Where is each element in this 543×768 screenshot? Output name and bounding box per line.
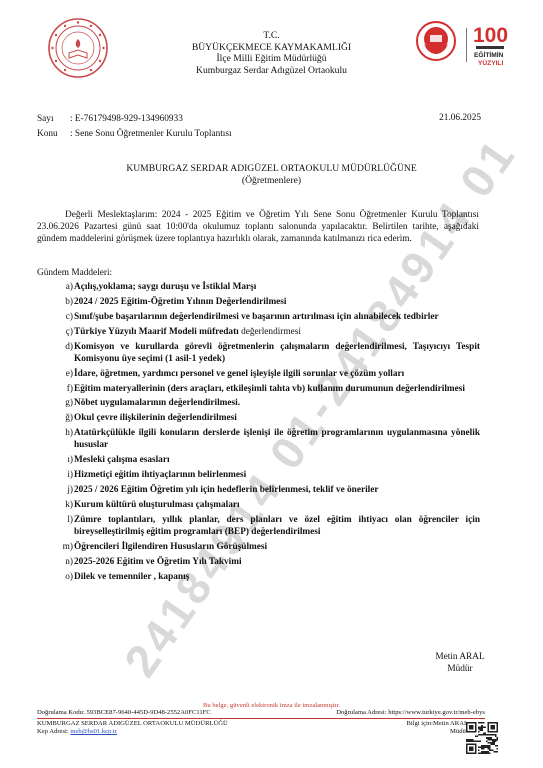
- verification-code: Doğrulama Kodu: 593BCE87-9640-445D-9D48-…: [37, 709, 211, 716]
- family-year-logo-icon: [415, 20, 457, 62]
- agenda-item: f)Eğitim materyallerinin (ders araçları,…: [62, 383, 480, 395]
- logo-divider: [466, 28, 467, 62]
- sayi-value: : E-76179498-929-134960933: [70, 114, 183, 124]
- agenda-item: d)Komisyon ve kurullarda görevli öğretme…: [62, 341, 480, 365]
- agenda-item-letter: h): [65, 427, 73, 439]
- agenda-item: ğ)Okul çevre ilişkilerinin değerlendiril…: [62, 412, 480, 424]
- signer-name: Metin ARAL: [420, 651, 500, 663]
- agenda-item-text: 2024 / 2025 Eğitim-Öğretim Yılının Değer…: [74, 297, 287, 307]
- document-page: 24184914 01-24184914 01 T.C. BÜYÜKÇEKMEC…: [0, 0, 543, 768]
- agenda-item-text: 2025-2026 Eğitim ve Öğretim Yılı Takvimi: [74, 557, 242, 567]
- sayi-row: Sayı: E-76179498-929-134960933: [37, 113, 183, 125]
- agenda-item-letter: ğ): [65, 412, 73, 424]
- agenda-item: k)Kurum kültürü oluşturulması çalışmalar…: [62, 499, 480, 511]
- footer-kep-row: Kep Adresi: meb@hs01.kep.tr: [37, 728, 228, 736]
- agenda-item-text: Atatürkçülükle ilgili konuların derslerd…: [74, 428, 480, 450]
- letterhead: T.C. BÜYÜKÇEKMECE KAYMAKAMLIĞI İlçe Mill…: [0, 30, 543, 76]
- agenda-item-text: Kurum kültürü oluşturulması çalışmaları: [74, 500, 240, 510]
- agenda-item-letter: d): [65, 341, 73, 353]
- agenda-item-text: Mesleki çalışma esasları: [74, 455, 170, 465]
- agenda-item-text: Öğrencileri İlgilendiren Hususların Görü…: [74, 542, 267, 552]
- agenda-item-text: İdare, öğretmen, yardımcı personel ve ge…: [74, 369, 404, 379]
- konu-label: Konu: [37, 128, 70, 140]
- agenda-item-letter: j): [67, 484, 73, 496]
- agenda-item-letter: a): [66, 281, 73, 293]
- agenda-item: n)2025-2026 Eğitim ve Öğretim Yılı Takvi…: [62, 556, 480, 568]
- agenda-item-letter: b): [65, 296, 73, 308]
- addressee: KUMBURGAZ SERDAR ADIGÜZEL ORTAOKULU MÜDÜ…: [0, 163, 543, 187]
- svg-text:YÜZYILI: YÜZYILI: [478, 58, 503, 67]
- kep-email-link[interactable]: meb@hs01.kep.tr: [70, 728, 117, 735]
- konu-row: Konu: Sene Sonu Öğretmenler Kurulu Topla…: [37, 128, 232, 140]
- agenda-item-letter: m): [63, 541, 73, 553]
- agenda-item-text: Dilek ve temenniler , kapanış: [74, 572, 189, 582]
- header-school: Kumburgaz Serdar Adıgüzel Ortaokulu: [0, 65, 543, 77]
- agenda-item-letter: ç): [66, 326, 73, 338]
- agenda-item-letter: o): [65, 571, 73, 583]
- svg-text:EĞİTİMİN: EĞİTİMİN: [474, 50, 504, 59]
- agenda-item: b)2024 / 2025 Eğitim-Öğretim Yılının Değ…: [62, 296, 480, 308]
- body-paragraph: Değerli Meslektaşlarım: 2024 - 2025 Eğit…: [37, 209, 479, 246]
- agenda-item-text: Eğitim materyallerinin (ders araçları, e…: [74, 384, 465, 394]
- qr-code-icon[interactable]: [466, 722, 498, 754]
- agenda-list: a)Açılış,yoklama; saygı duruşu ve İstikl…: [62, 281, 480, 586]
- verification-address: Doğrulama Adresi: https://www.turkiye.go…: [336, 709, 485, 716]
- agenda-item: o)Dilek ve temenniler , kapanış: [62, 571, 480, 583]
- agenda-item: l)Zümre toplantıları, yıllık planlar, de…: [62, 514, 480, 538]
- agenda-item-text: Açılış,yoklama; saygı duruşu ve İstiklal…: [74, 282, 256, 292]
- agenda-item: m)Öğrencileri İlgilendiren Hususların Gö…: [62, 541, 480, 553]
- footer-contact: KUMBURGAZ SERDAR ADIGÜZEL ORTAOKULU MÜDÜ…: [37, 720, 228, 736]
- agenda-item: a)Açılış,yoklama; saygı duruşu ve İstikl…: [62, 281, 480, 293]
- info-title: Müdür: [406, 728, 468, 736]
- footer-school-name: KUMBURGAZ SERDAR ADIGÜZEL ORTAOKULU MÜDÜ…: [37, 720, 228, 728]
- esign-notice: Bu belge, güvenli elektronik imza ile im…: [0, 702, 543, 709]
- footer-info: Bilgi için:Metin ARAL Müdür: [406, 720, 468, 736]
- agenda-item: c)Sınıf/şube başarılarının değerlendiril…: [62, 311, 480, 323]
- svg-text:100: 100: [473, 24, 508, 47]
- footer-divider: [37, 718, 485, 719]
- agenda-item-tail: değerlendirmesi: [239, 327, 301, 337]
- agenda-item-text: 2025 / 2026 Eğitim Öğretim yılı için hed…: [74, 485, 379, 495]
- agenda-item-letter: c): [66, 311, 73, 323]
- sayi-label: Sayı: [37, 113, 70, 125]
- verification-row: Doğrulama Kodu: 593BCE87-9640-445D-9D48-…: [37, 709, 485, 716]
- document-date: 21.06.2025: [439, 113, 481, 123]
- agenda-item-text: Türkiye Yüzyılı Maarif Modeli müfredatı: [74, 327, 239, 337]
- agenda-item: ç)Türkiye Yüzyılı Maarif Modeli müfredat…: [62, 326, 480, 338]
- agenda-item-letter: l): [67, 514, 73, 526]
- header-kaymakamlik: BÜYÜKÇEKMECE KAYMAKAMLIĞI: [0, 42, 543, 54]
- agenda-item: i)Hizmetiçi eğitim ihtiyaçlarının belirl…: [62, 469, 480, 481]
- agenda-item-text: Hizmetiçi eğitim ihtiyaçlarının belirlen…: [74, 470, 246, 480]
- signer-title: Müdür: [420, 663, 500, 675]
- agenda-item-text: Zümre toplantıları, yıllık planlar, ders…: [74, 515, 480, 537]
- addressee-name: KUMBURGAZ SERDAR ADIGÜZEL ORTAOKULU MÜDÜ…: [0, 163, 543, 175]
- agenda-item-letter: e): [66, 368, 73, 380]
- agenda-item-letter: f): [67, 383, 73, 395]
- konu-value: : Sene Sonu Öğretmenler Kurulu Toplantıs…: [70, 129, 232, 139]
- century-of-education-logo-icon: 100 EĞİTİMİN YÜZYILI: [470, 22, 514, 70]
- agenda-heading: Gündem Maddeleri:: [37, 268, 112, 278]
- agenda-item-letter: i): [67, 469, 73, 481]
- info-contact: Bilgi için:Metin ARAL: [406, 720, 468, 728]
- agenda-item-letter: n): [65, 556, 73, 568]
- signature-block: Metin ARAL Müdür: [420, 651, 500, 675]
- header-ilce-mem: İlçe Milli Eğitim Müdürlüğü: [0, 53, 543, 65]
- agenda-item-text: Nöbet uygulamalarının değerlendirilmesi.: [74, 398, 240, 408]
- agenda-item-letter: g): [65, 397, 73, 409]
- agenda-item: g)Nöbet uygulamalarının değerlendirilmes…: [62, 397, 480, 409]
- agenda-item-text: Okul çevre ilişkilerinin değerlendirilme…: [74, 413, 237, 423]
- agenda-item: e)İdare, öğretmen, yardımcı personel ve …: [62, 368, 480, 380]
- agenda-item: h)Atatürkçülükle ilgili konuların dersle…: [62, 427, 480, 451]
- agenda-item-letter: ı): [67, 454, 73, 466]
- agenda-item-letter: k): [65, 499, 73, 511]
- kep-label: Kep Adresi:: [37, 728, 70, 735]
- body-paragraph-text: Değerli Meslektaşlarım: 2024 - 2025 Eğit…: [37, 209, 479, 246]
- addressee-recipients: (Öğretmenlere): [0, 175, 543, 187]
- agenda-item: j)2025 / 2026 Eğitim Öğretim yılı için h…: [62, 484, 480, 496]
- agenda-item-text: Komisyon ve kurullarda görevli öğretmenl…: [74, 342, 480, 364]
- agenda-item-text: Sınıf/şube başarılarının değerlendirilme…: [74, 312, 439, 322]
- agenda-item: ı)Mesleki çalışma esasları: [62, 454, 480, 466]
- header-tc: T.C.: [0, 30, 543, 42]
